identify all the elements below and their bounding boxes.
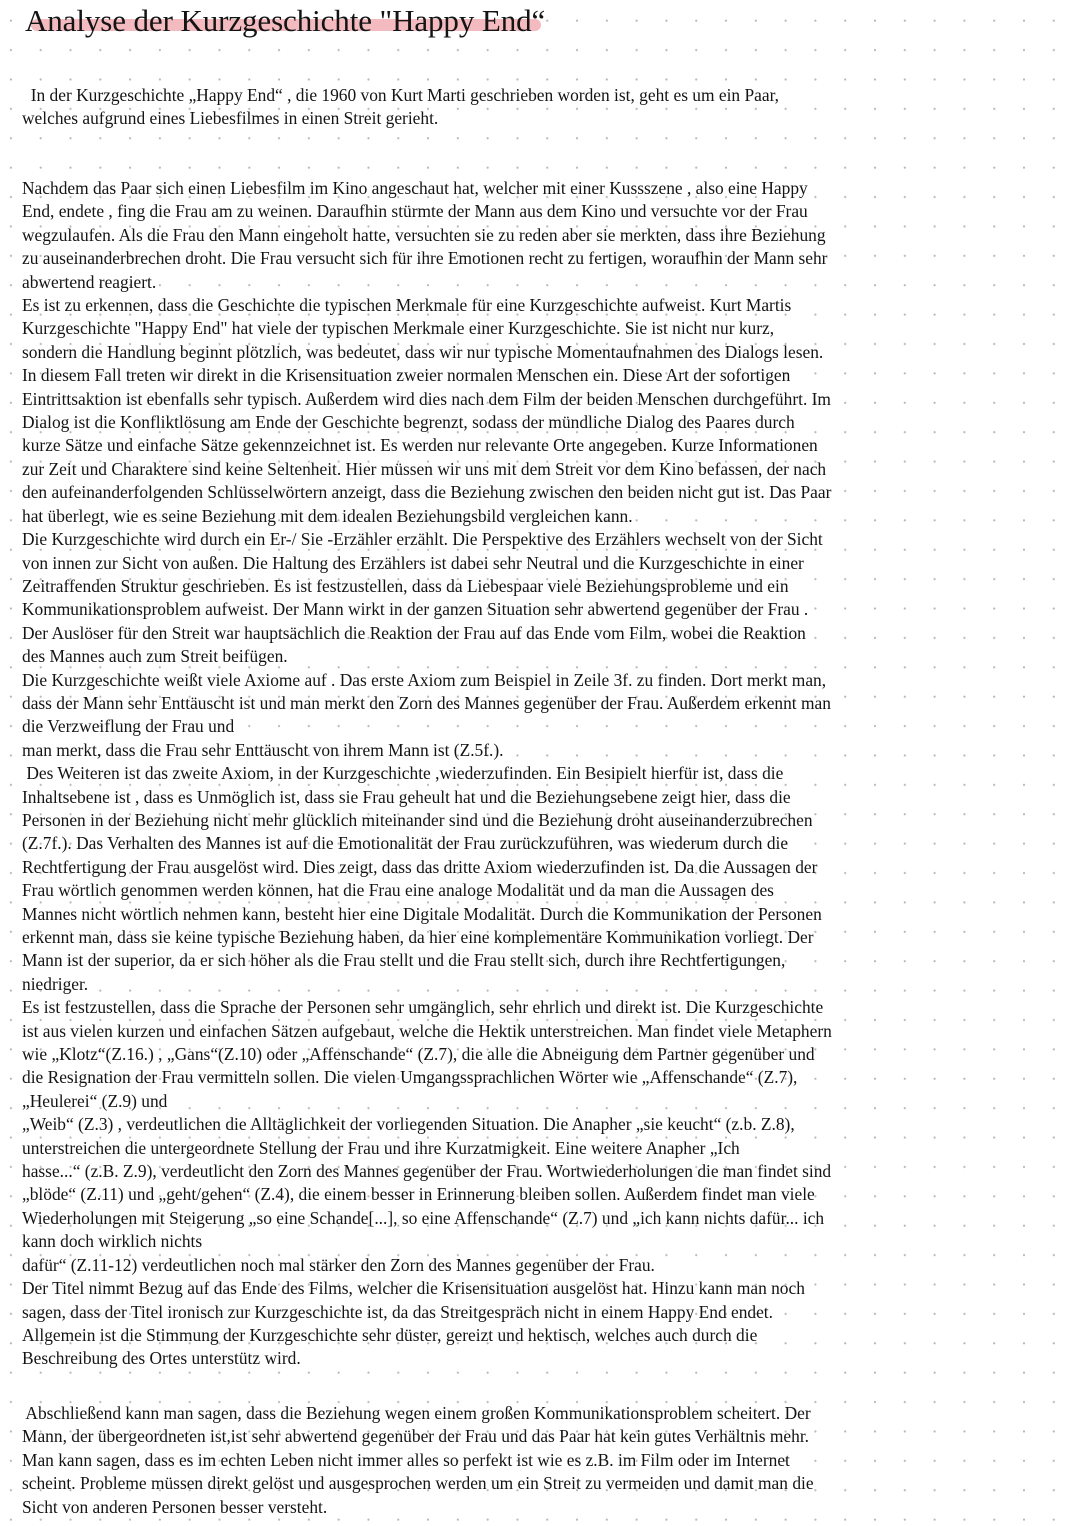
text-line: „blöde“ (Z.11) und „geht/gehen“ (Z.4), d… — [22, 1183, 832, 1206]
text-line: Der Auslöser für den Streit war hauptsäc… — [22, 622, 832, 645]
document-page: Analyse der Kurzgeschichte "Happy End“ I… — [22, 0, 1032, 40]
text-line: dafür“ (Z.11-12) verdeutlichen noch mal … — [22, 1254, 832, 1277]
text-line: Des Weiteren ist das zweite Axiom, in de… — [22, 762, 832, 785]
text-line: den aufeinanderfolgenden Schlüsselwörter… — [22, 481, 832, 504]
text-line: welches aufgrund eines Liebesfilmes in e… — [22, 107, 779, 130]
text-line: Mannes nicht wörtlich nehmen kann, beste… — [22, 903, 832, 926]
text-line: Wiederholungen mit Steigerung „so eine S… — [22, 1207, 832, 1230]
text-line: Zeitraffenden Struktur geschrieben. Es i… — [22, 575, 832, 598]
text-line: kurze Sätze und einfache Sätze gekennzei… — [22, 434, 832, 457]
text-line: Abschließend kann man sagen, dass die Be… — [22, 1402, 814, 1425]
text-line: Frau wörtlich genommen werden können, ha… — [22, 879, 832, 902]
text-line: die Resignation der Frau vermitteln soll… — [22, 1066, 832, 1089]
text-line: Kommunikationsproblem aufweist. Der Mann… — [22, 598, 832, 621]
text-line: (Z.7f.). Das Verhalten des Mannes ist au… — [22, 832, 832, 855]
text-line: hasse...“ (z.B. Z.9), verdeutlicht den Z… — [22, 1160, 832, 1183]
text-line: End, endete , fing die Frau am zu weinen… — [22, 200, 832, 223]
text-line: kann doch wirklich nichts — [22, 1230, 832, 1253]
text-line: dass der Mann sehr Enttäuscht ist und ma… — [22, 692, 832, 715]
text-line: „Heulerei“ (Z.9) und — [22, 1090, 832, 1113]
text-line: Mann ist der superior, da er sich höher … — [22, 949, 832, 972]
text-line: Mann, der übergeordneten ist,ist sehr ab… — [22, 1425, 814, 1448]
text-line: die Verzweiflung der Frau und — [22, 715, 832, 738]
title-container: Analyse der Kurzgeschichte "Happy End“ — [25, 2, 545, 40]
text-line: Allgemein ist die Stimmung der Kurzgesch… — [22, 1324, 832, 1347]
text-line: In der Kurzgeschichte „Happy End“ , die … — [22, 84, 779, 107]
text-line: Rechtfertigung der Frau ausgelöst wird. … — [22, 856, 832, 879]
text-line: Eintrittsaktion ist ebenfalls sehr typis… — [22, 388, 832, 411]
text-line: zu auseinanderbrechen droht. Die Frau ve… — [22, 247, 832, 270]
page-title: Analyse der Kurzgeschichte "Happy End“ — [25, 2, 545, 40]
text-line: des Mannes auch zum Streit beifügen. — [22, 645, 832, 668]
text-line: von innen zur Sicht von außen. Die Haltu… — [22, 552, 832, 575]
text-line: Sicht von anderen Personen besser verste… — [22, 1496, 814, 1519]
text-line: Beschreibung des Ortes unterstütz wird. — [22, 1347, 832, 1370]
text-line: Dialog ist die Konfliktlösung am Ende de… — [22, 411, 832, 434]
text-line: wie „Klotz“(Z.16.) , „Gans“(Z.10) oder „… — [22, 1043, 832, 1066]
analysis-body: Nachdem das Paar sich einen Liebesfilm i… — [22, 177, 832, 1371]
text-line: Der Titel nimmt Bezug auf das Ende des F… — [22, 1277, 832, 1300]
text-line: Man kann sagen, dass es im echten Leben … — [22, 1449, 814, 1472]
text-line: sondern die Handlung beginnt plötzlich, … — [22, 341, 832, 364]
text-line: scheint. Probleme müssen direkt gelöst u… — [22, 1472, 814, 1495]
text-line: Es ist zu erkennen, dass die Geschichte … — [22, 294, 832, 317]
text-line: erkennt man, dass sie keine typische Bez… — [22, 926, 832, 949]
text-line: Es ist festzustellen, dass die Sprache d… — [22, 996, 832, 1019]
text-line: ist aus vielen kurzen und einfachen Sätz… — [22, 1020, 832, 1043]
text-line: Inhaltsebene ist , dass es Unmöglich ist… — [22, 786, 832, 809]
text-line: Die Kurzgeschichte weißt viele Axiome au… — [22, 669, 832, 692]
text-line: sagen, dass der Titel ironisch zur Kurzg… — [22, 1301, 832, 1324]
text-line: Kurzgeschichte "Happy End" hat viele der… — [22, 317, 832, 340]
text-line: unterstreichen die untergeordnete Stellu… — [22, 1137, 832, 1160]
intro-paragraph: In der Kurzgeschichte „Happy End“ , die … — [22, 84, 779, 131]
text-line: In diesem Fall treten wir direkt in die … — [22, 364, 832, 387]
text-line: hat überlegt, wie es seine Beziehung mit… — [22, 505, 832, 528]
text-line: zur Zeit und Charaktere sind keine Selte… — [22, 458, 832, 481]
text-line: Die Kurzgeschichte wird durch ein Er-/ S… — [22, 528, 832, 551]
text-line: Nachdem das Paar sich einen Liebesfilm i… — [22, 177, 832, 200]
text-line: wegzulaufen. Als die Frau den Mann einge… — [22, 224, 832, 247]
text-line: abwertend reagiert. — [22, 271, 832, 294]
text-line: „Weib“ (Z.3) , verdeutlichen die Alltägl… — [22, 1113, 832, 1136]
text-line: man merkt, dass die Frau sehr Enttäuscht… — [22, 739, 832, 762]
conclusion-paragraph: Abschließend kann man sagen, dass die Be… — [22, 1402, 814, 1519]
text-line: niedriger. — [22, 973, 832, 996]
text-line: Personen in der Beziehung nicht mehr glü… — [22, 809, 832, 832]
